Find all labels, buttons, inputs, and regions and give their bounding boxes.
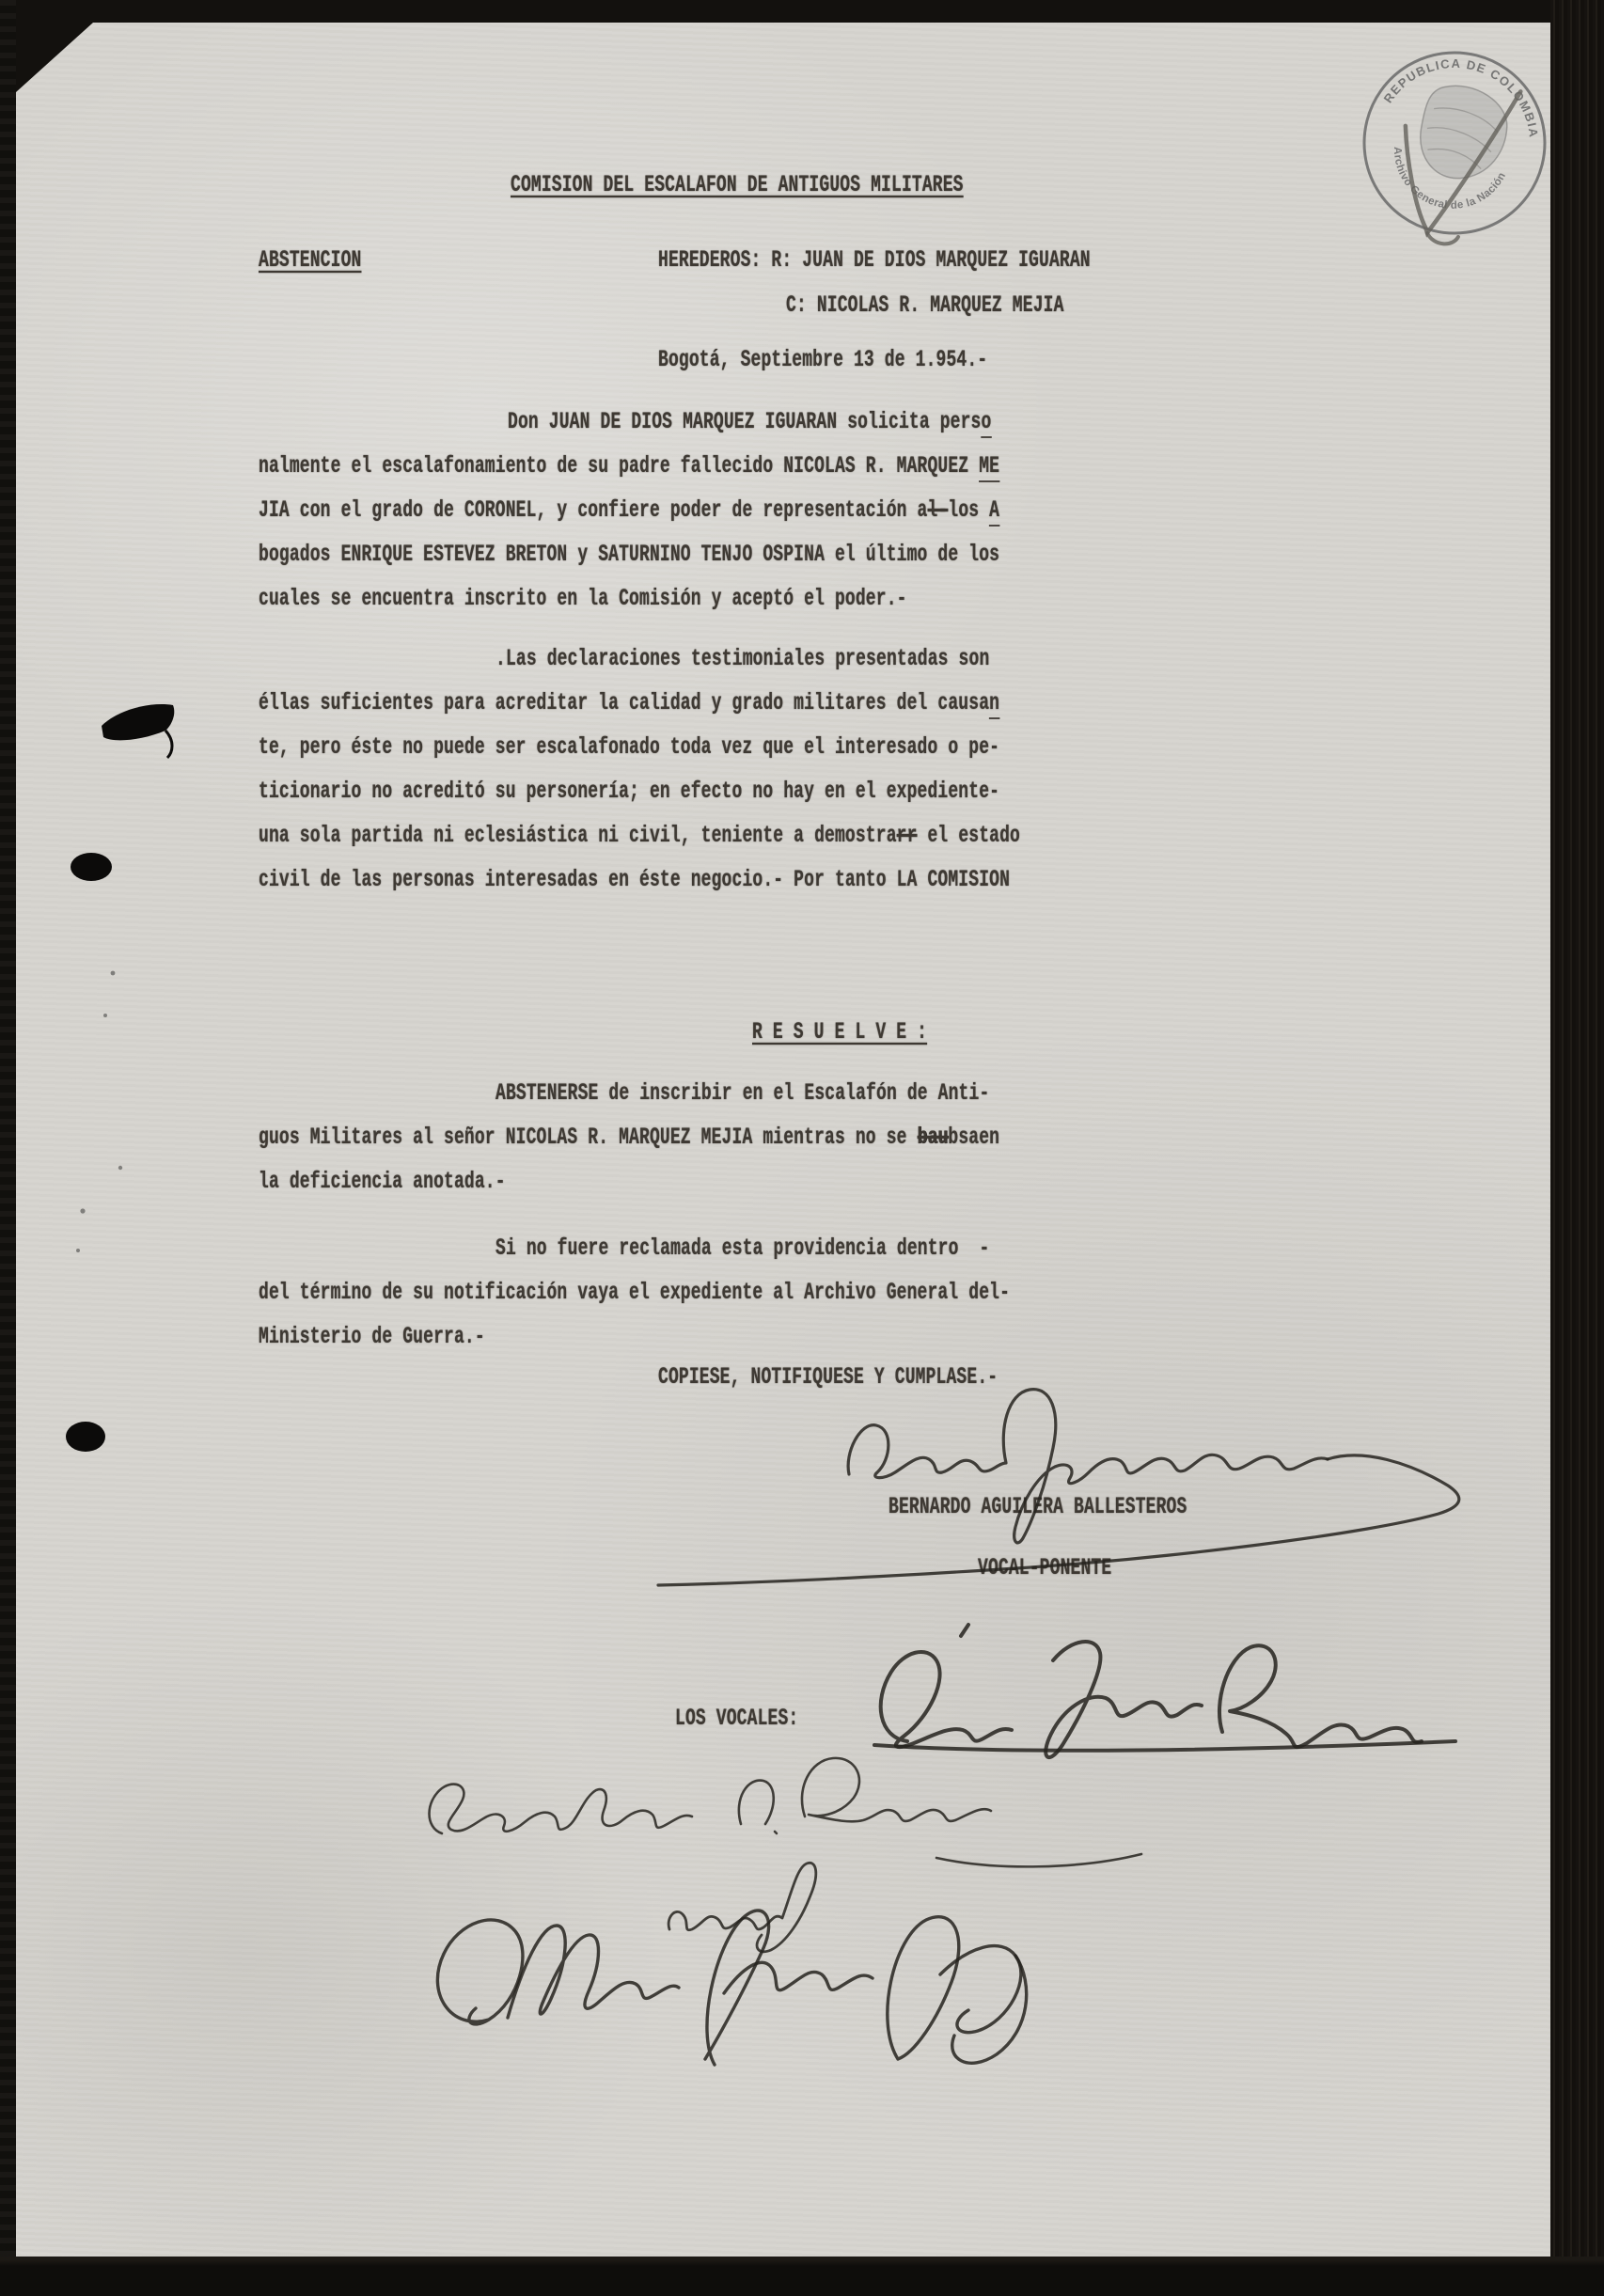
scan-edge-right [1550, 0, 1604, 2296]
scan-edge-top [0, 0, 1604, 23]
scan-edge-left [0, 0, 16, 2296]
archive-stamp: REPUBLICA DE COLOMBIA Archivo General de… [0, 0, 1604, 2296]
scan-edge-bottom [0, 2257, 1604, 2296]
scanned-document-page: { "doc": { "title": "COMISION DEL ESCALA… [0, 0, 1604, 2296]
